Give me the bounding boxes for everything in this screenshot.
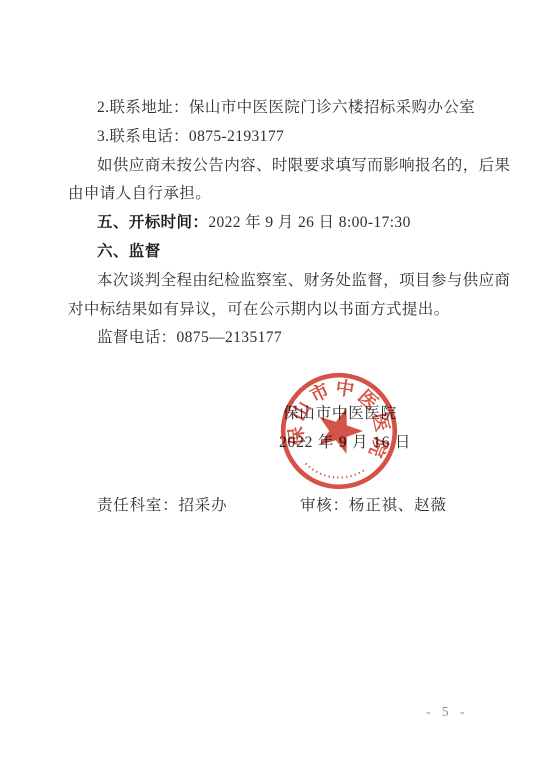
section-bid-opening-value: 2022 年 9 月 26 日 8:00-17:30: [208, 214, 410, 231]
seal-star-icon: [311, 401, 368, 456]
page-number: - 5 -: [426, 704, 469, 720]
supervision-line-1: 本次谈判全程由纪检监察室、财务处监督，项目参与供应商: [68, 267, 478, 296]
contact-phone-line: 3.联系电话：0875-2193177: [68, 123, 478, 152]
section-bid-opening-label: 五、开标时间：: [97, 214, 208, 231]
section-supervision-heading: 六、监督: [68, 238, 478, 267]
responsible-dept: 责任科室：招采办: [97, 493, 227, 515]
document-page: 2.联系地址：保山市中医医院门诊六楼招标采购办公室 3.联系电话：0875-21…: [0, 0, 543, 773]
reviewer: 审核：杨正祺、赵薇: [300, 493, 447, 515]
official-seal-stamp: 保山市中医医院: [269, 361, 409, 501]
document-body: 2.联系地址：保山市中医医院门诊六楼招标采购办公室 3.联系电话：0875-21…: [68, 94, 478, 353]
seal-ring-char: 中: [334, 377, 355, 401]
section-bid-opening: 五、开标时间：2022 年 9 月 26 日 8:00-17:30: [68, 209, 478, 238]
seal-ring-char: 医: [368, 411, 392, 434]
seal-ring-char: 保: [285, 425, 309, 447]
supervision-line-2: 对中标结果如有异议，可在公示期内以书面方式提出。: [68, 296, 478, 325]
contact-address-line: 2.联系地址：保山市中医医院门诊六楼招标采购办公室: [68, 94, 478, 123]
supervision-phone-line: 监督电话：0875—2135177: [68, 324, 478, 353]
note-line-1: 如供应商未按公告内容、时限要求填写而影响报名的，后果: [68, 152, 478, 181]
note-line-2: 由申请人自行承担。: [68, 180, 478, 209]
